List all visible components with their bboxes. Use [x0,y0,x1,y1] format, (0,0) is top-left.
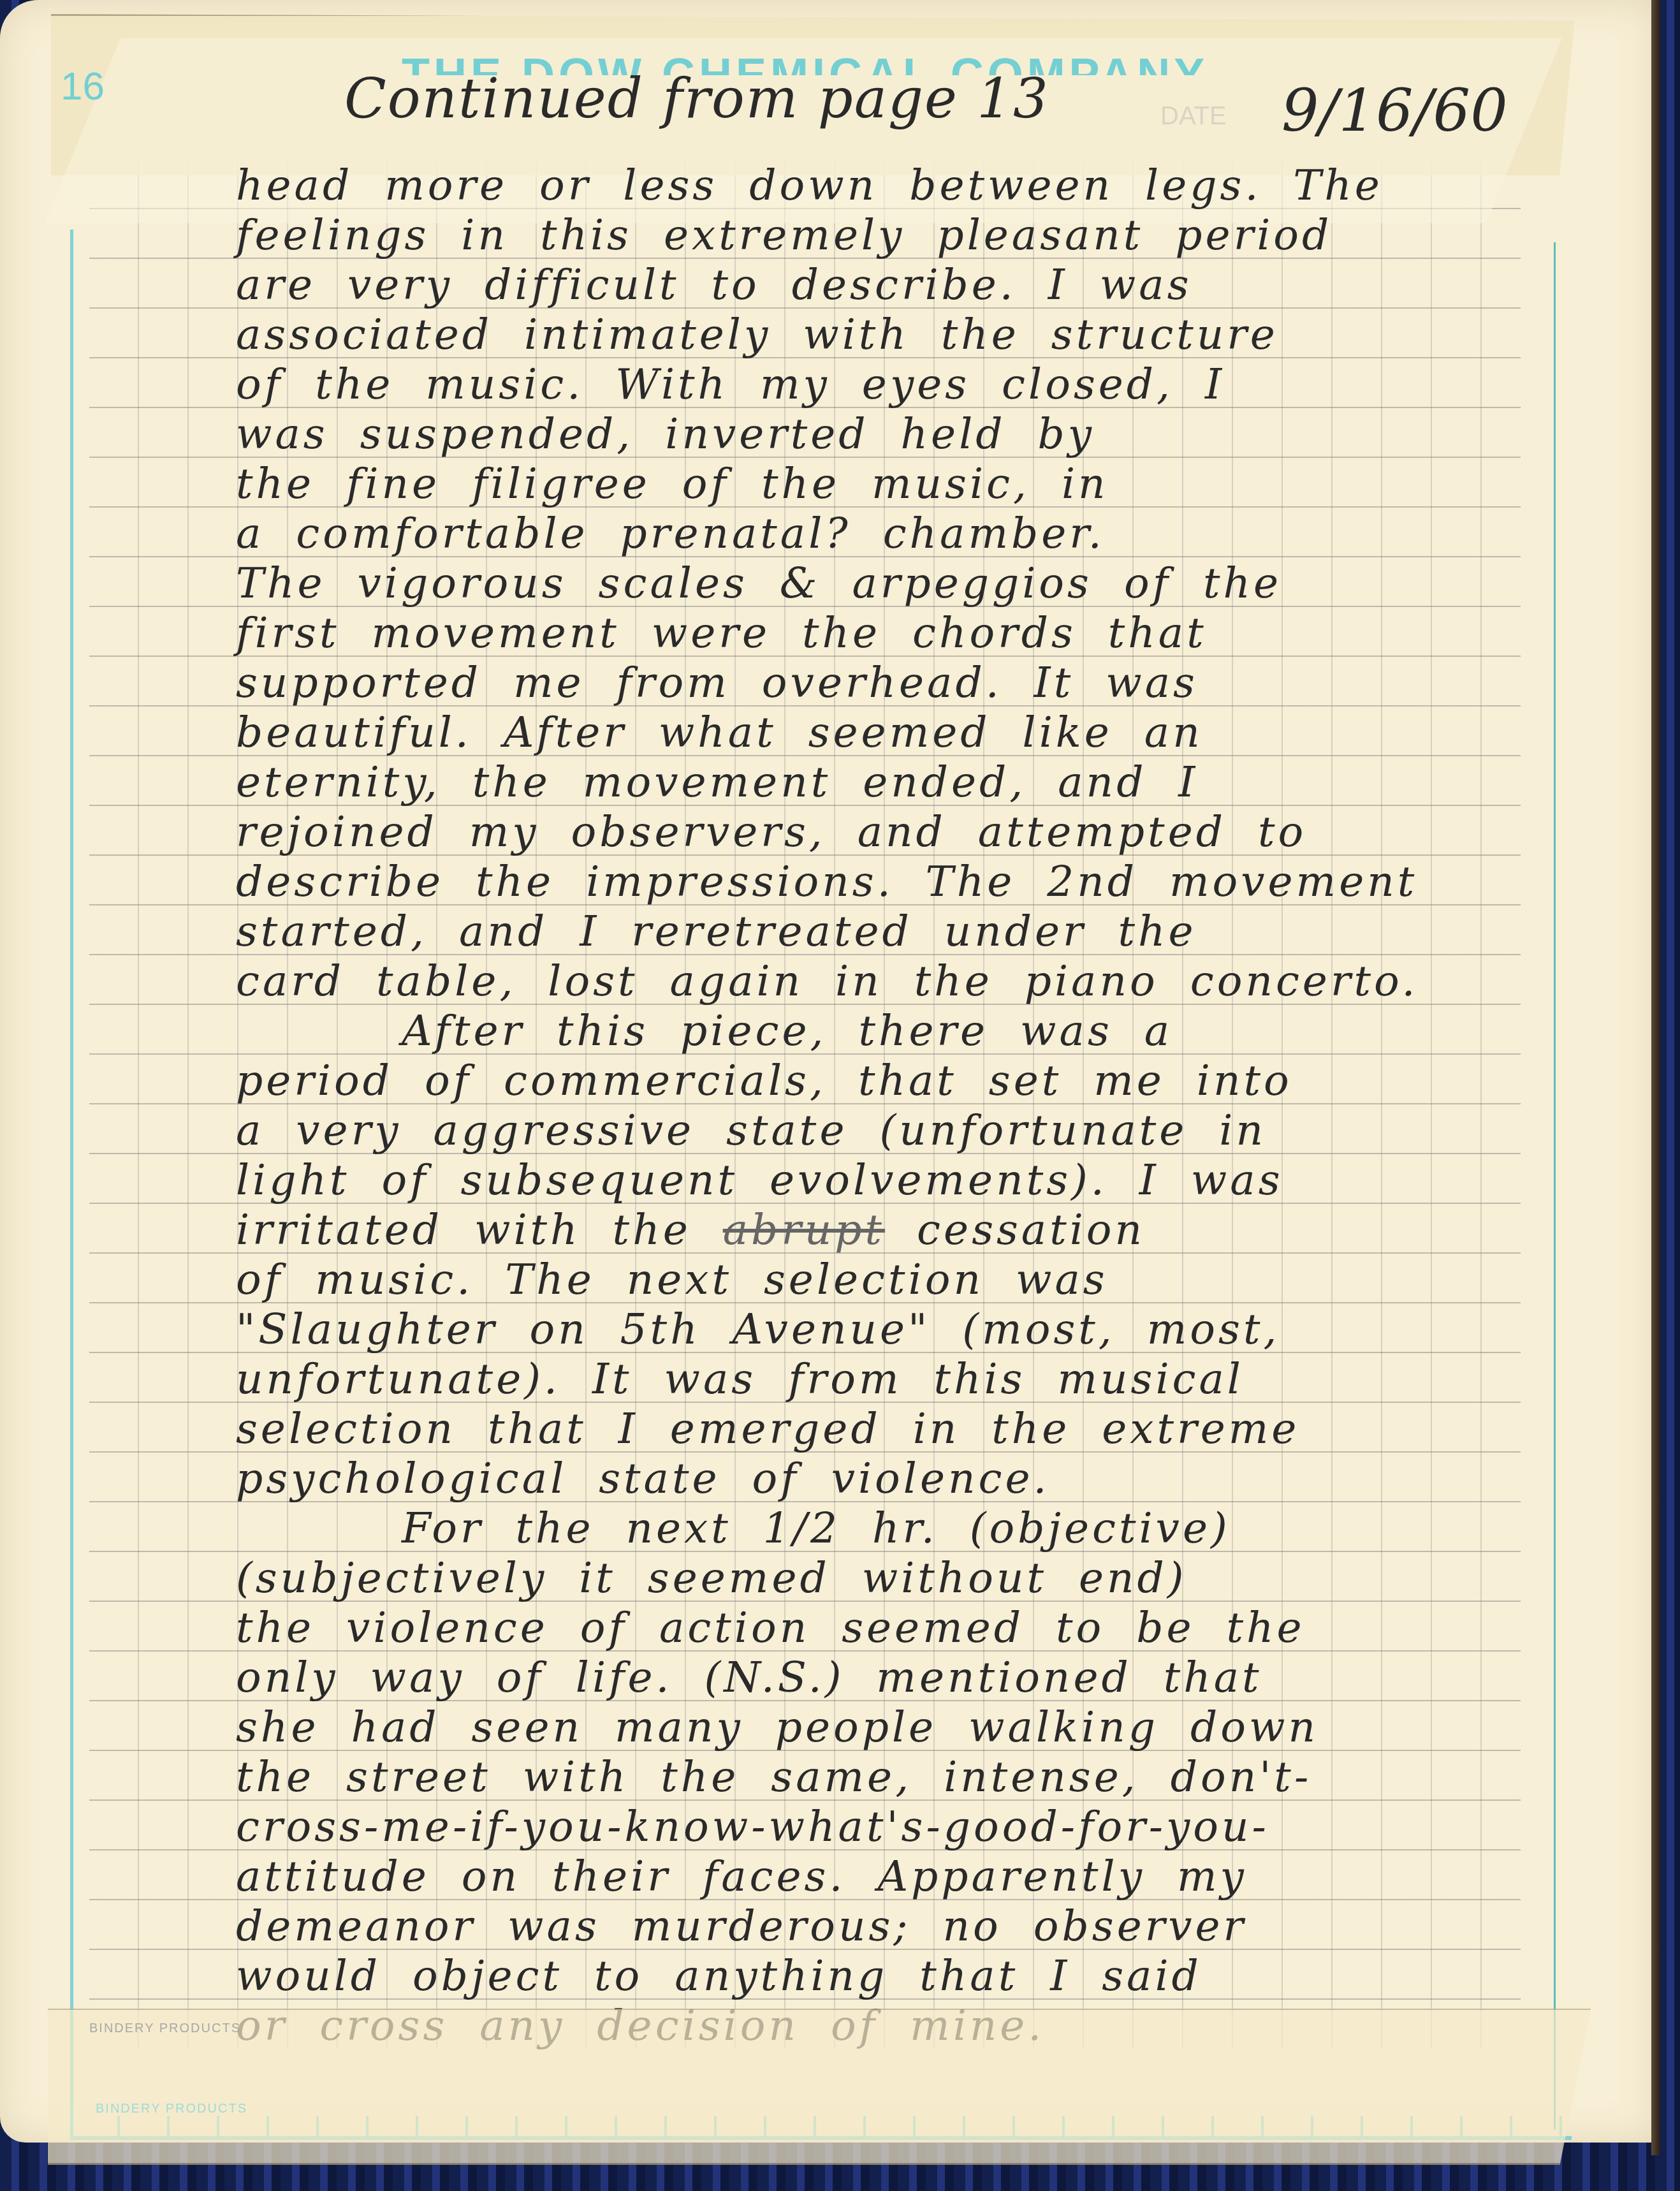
text-line: the street with the same, intense, don't… [236,1752,1524,1802]
text-line: the fine filigree of the music, in [236,459,1524,509]
text-line: feelings in this extremely pleasant peri… [236,210,1524,260]
text-line: "Slaughter on 5th Avenue" (most, most, [236,1305,1524,1354]
text-line: cross-me-if-you-know-what's-good-for-you… [236,1802,1524,1852]
text-line: describe the impressions. The 2nd moveme… [236,857,1524,907]
struck-word: abrupt [723,1205,885,1254]
text-line: would object to anything that I said [236,1951,1524,2001]
text-line: she had seen many people walking down [236,1703,1524,1752]
bindery-imprint: BINDERY PRODUCTS [89,2021,241,2036]
date-label: DATE [1160,102,1227,131]
text-line: are very difficult to describe. I was [236,260,1524,310]
text-line: The vigorous scales & arpeggios of the [236,559,1524,608]
text-line: light of subsequent evolvements). I was [236,1155,1524,1205]
text-line: supported me from overhead. It was [236,658,1524,708]
text-line: of music. The next selection was [236,1255,1524,1305]
entry-date: 9/16/60 [1282,77,1508,145]
text-line: For the next 1/2 hr. (objective) [236,1504,1524,1553]
handwritten-body: head more or less down between legs. The… [236,161,1524,2051]
text-line: head more or less down between legs. The [236,161,1524,210]
text-line: eternity, the movement ended, and I [236,758,1524,807]
text-line: demeanor was murderous; no observer [236,1902,1524,1951]
text-segment: irritated with the [236,1205,691,1254]
text-line: attitude on their faces. Apparently my [236,1852,1524,1902]
text-line: associated intimately with the structure [236,310,1524,360]
text-line: unfortunate). It was from this musical [236,1354,1524,1404]
page-edge [1651,0,1660,2155]
text-line: psychological state of violence. [236,1454,1524,1504]
text-line: After this piece, there was a [236,1006,1524,1056]
text-line: of the music. With my eyes closed, I [236,360,1524,409]
tape-strip-bottom [48,2009,1591,2165]
text-line: the violence of action seemed to be the [236,1603,1524,1653]
text-line: started, and I reretreated under the [236,907,1524,956]
text-line: irritated with the abrupt cessation [236,1205,1524,1255]
bindery-imprint-bottom: BINDERY PRODUCTS [96,2102,247,2116]
text-line: period of commercials, that set me into [236,1056,1524,1106]
text-line: only way of life. (N.S.) mentioned that [236,1653,1524,1703]
text-segment: cessation [917,1205,1145,1254]
text-line: first movement were the chords that [236,608,1524,658]
text-line: was suspended, inverted held by [236,409,1524,459]
text-line: card table, lost again in the piano conc… [236,956,1524,1006]
text-line: a comfortable prenatal? chamber. [236,509,1524,559]
text-line: beautiful. After what seemed like an [236,708,1524,758]
text-line: a very aggressive state (unfortunate in [236,1106,1524,1155]
page-number: 16 [61,64,105,109]
text-line: rejoined my observers, and attempted to [236,807,1524,857]
printed-right-margin [1554,242,1556,2130]
continued-note: Continued from page 13 [344,67,1049,131]
text-line: (subjectively it seemed without end) [236,1553,1524,1603]
text-line: selection that I emerged in the extreme [236,1404,1524,1454]
